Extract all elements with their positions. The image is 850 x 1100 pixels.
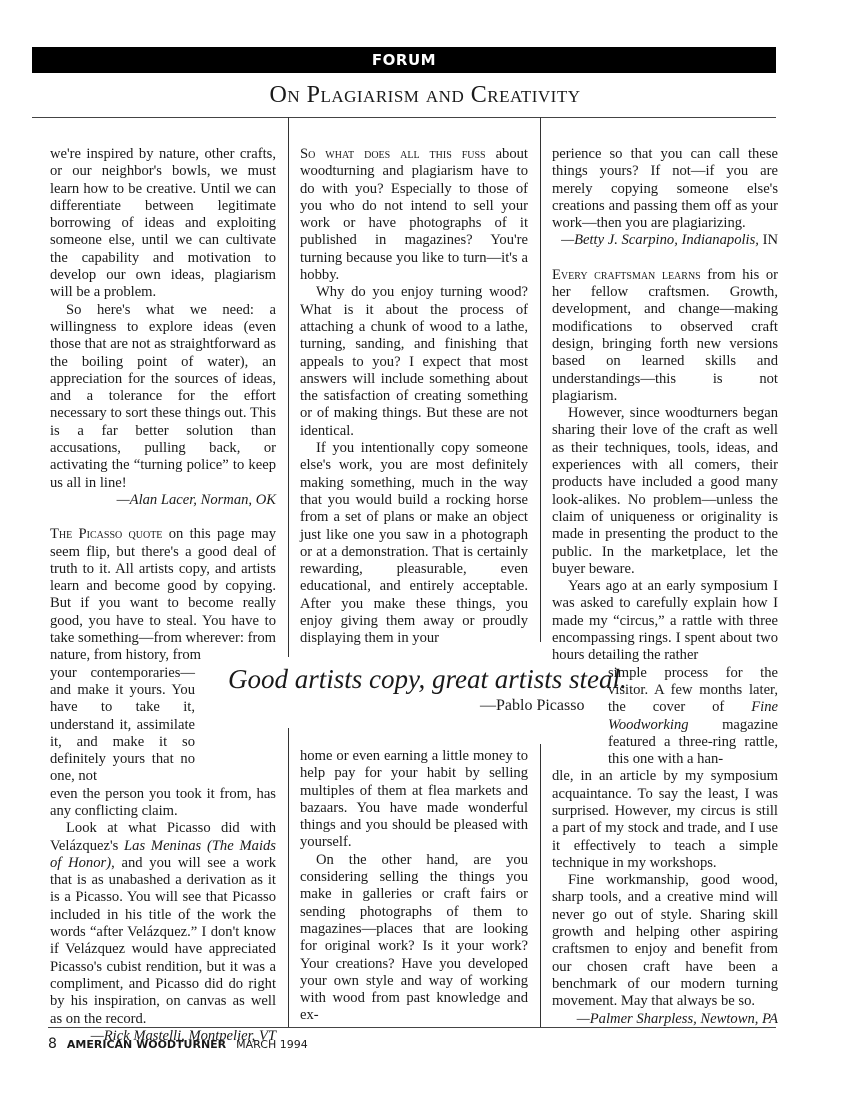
- paragraph-wrap: simple process for the visitor. A few mo…: [608, 665, 778, 769]
- section-banner: FORUM: [32, 47, 776, 73]
- article-title: On Plagiarism and Creativity: [0, 82, 850, 109]
- pull-quote-attribution: —Pablo Picasso: [480, 697, 584, 715]
- paragraph-cont: dle, in an article by my symposium acqua…: [552, 768, 778, 872]
- column-divider-2-bottom: [540, 744, 541, 1027]
- signature: —Betty J. Scarpino, Indianapolis, IN: [552, 232, 778, 249]
- paragraph: we're inspired by nature, other crafts, …: [50, 146, 276, 302]
- signature: —Palmer Sharpless, Newtown, PA: [552, 1011, 778, 1028]
- paragraph: Fine workmanship, good wood, sharp tools…: [552, 872, 778, 1010]
- paragraph: Look at what Picasso did with Velázquez'…: [50, 820, 276, 1028]
- signature: —Alan Lacer, Norman, OK: [50, 492, 276, 509]
- magazine-name: AMERICAN WOODTURNER: [67, 1038, 226, 1051]
- lead-in: The Picasso quote: [50, 526, 162, 542]
- paragraph: Years ago at an early symposium I was as…: [552, 578, 778, 664]
- paragraph-cont: even the person you took it from, has an…: [50, 786, 276, 821]
- paragraph: If you intentionally copy someone else's…: [300, 440, 528, 648]
- top-rule: [32, 117, 776, 118]
- lead-in: Every craftsman learns: [552, 267, 701, 283]
- column-3: perience so that you can call these thin…: [552, 146, 778, 1028]
- column-1: we're inspired by nature, other crafts, …: [50, 146, 276, 1045]
- paragraph-wrap: your contemporaries—and make it yours. Y…: [50, 665, 195, 786]
- paragraph: Why do you enjoy turning wood? What is i…: [300, 284, 528, 440]
- paragraph: So here's what we need: a willingness to…: [50, 302, 276, 492]
- lead-in: So what does all this fuss: [300, 146, 486, 162]
- paragraph: So what does all this fuss about woodtur…: [300, 146, 528, 284]
- paragraph-cont: home or even earning a little money to h…: [300, 748, 528, 852]
- issue-date: MARCH 1994: [236, 1038, 308, 1051]
- column-divider-2-top: [540, 117, 541, 642]
- paragraph: Every craftsman learns from his or her f…: [552, 267, 778, 405]
- bottom-rule: [48, 1027, 776, 1028]
- paragraph: The Picasso quote on this page may seem …: [50, 526, 276, 664]
- page-number: 8: [48, 1036, 57, 1052]
- paragraph: perience so that you can call these thin…: [552, 146, 778, 232]
- paragraph: However, since woodturners began sharing…: [552, 405, 778, 578]
- pull-quote: Good artists copy, great artists steal.: [228, 664, 627, 695]
- page-footer: 8 AMERICAN WOODTURNER MARCH 1994: [48, 1036, 308, 1052]
- paragraph: On the other hand, are you considering s…: [300, 852, 528, 1025]
- section-label: FORUM: [372, 51, 436, 69]
- column-divider-1-top: [288, 117, 289, 657]
- column-divider-1-bottom: [288, 728, 289, 1027]
- column-2-lower: home or even earning a little money to h…: [300, 748, 528, 1025]
- column-2: So what does all this fuss about woodtur…: [300, 146, 528, 648]
